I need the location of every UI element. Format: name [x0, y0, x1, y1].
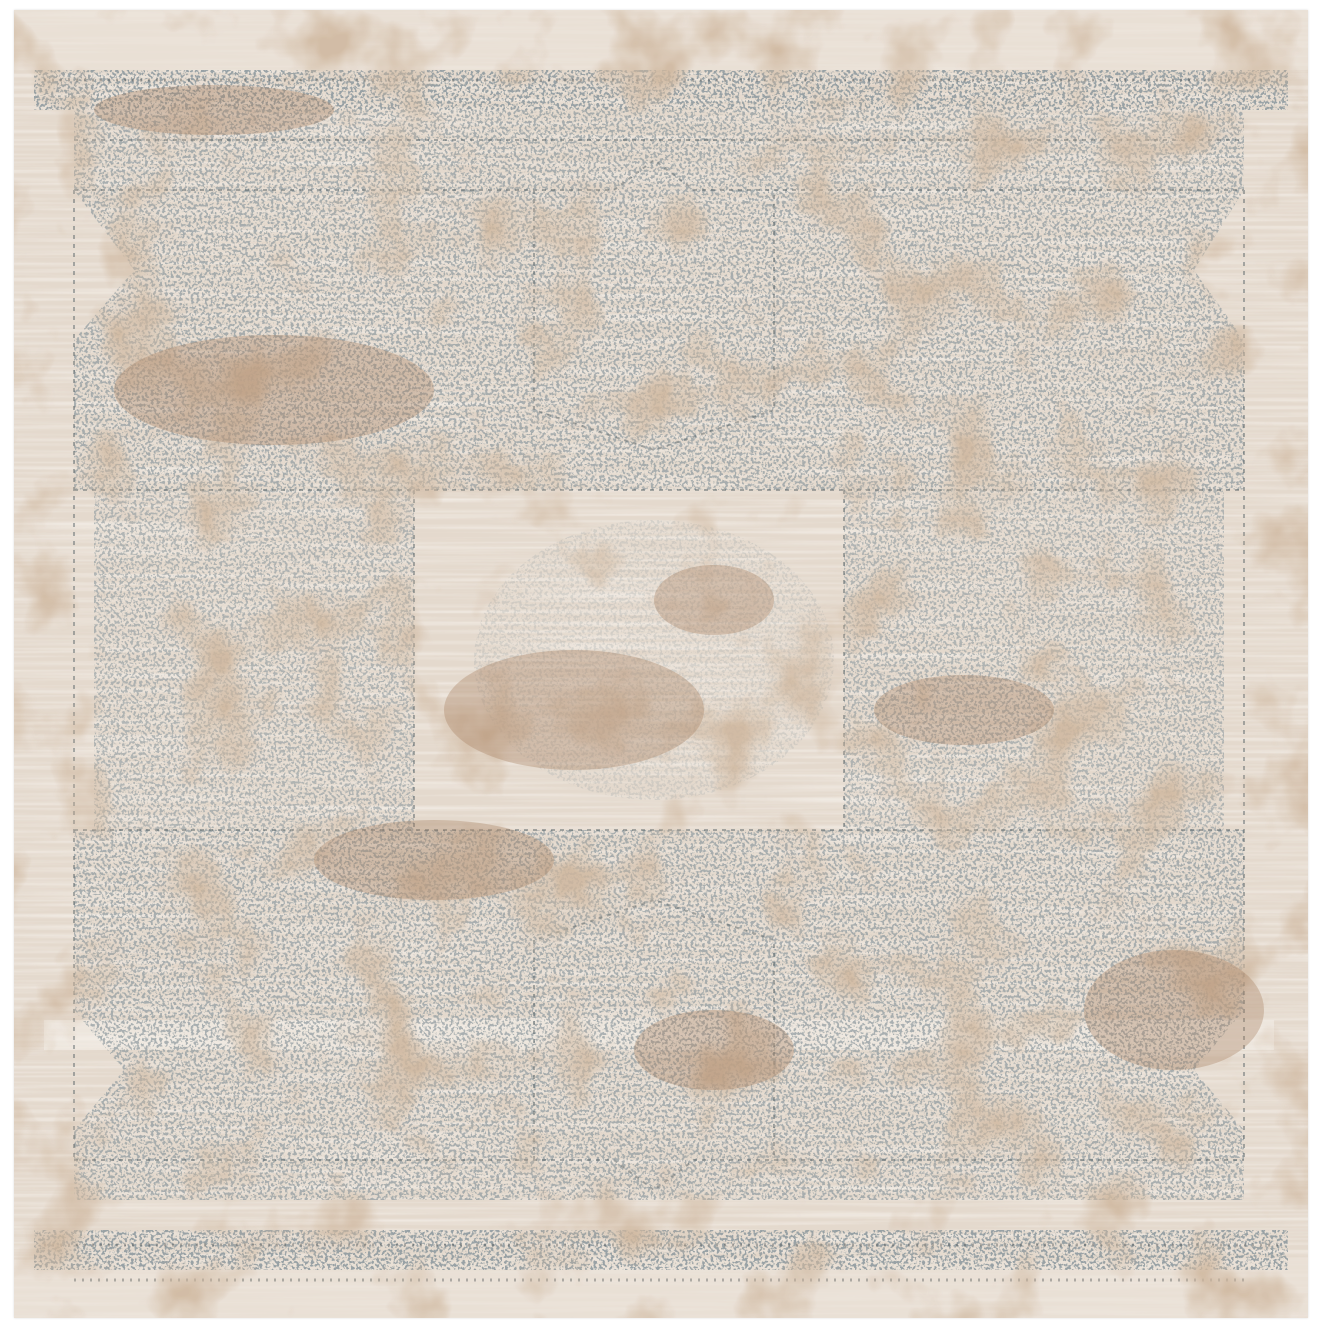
rug-photo: Square area rug with faded ornamental pa… [14, 10, 1308, 1318]
rug-pattern-graphic [14, 10, 1308, 1318]
